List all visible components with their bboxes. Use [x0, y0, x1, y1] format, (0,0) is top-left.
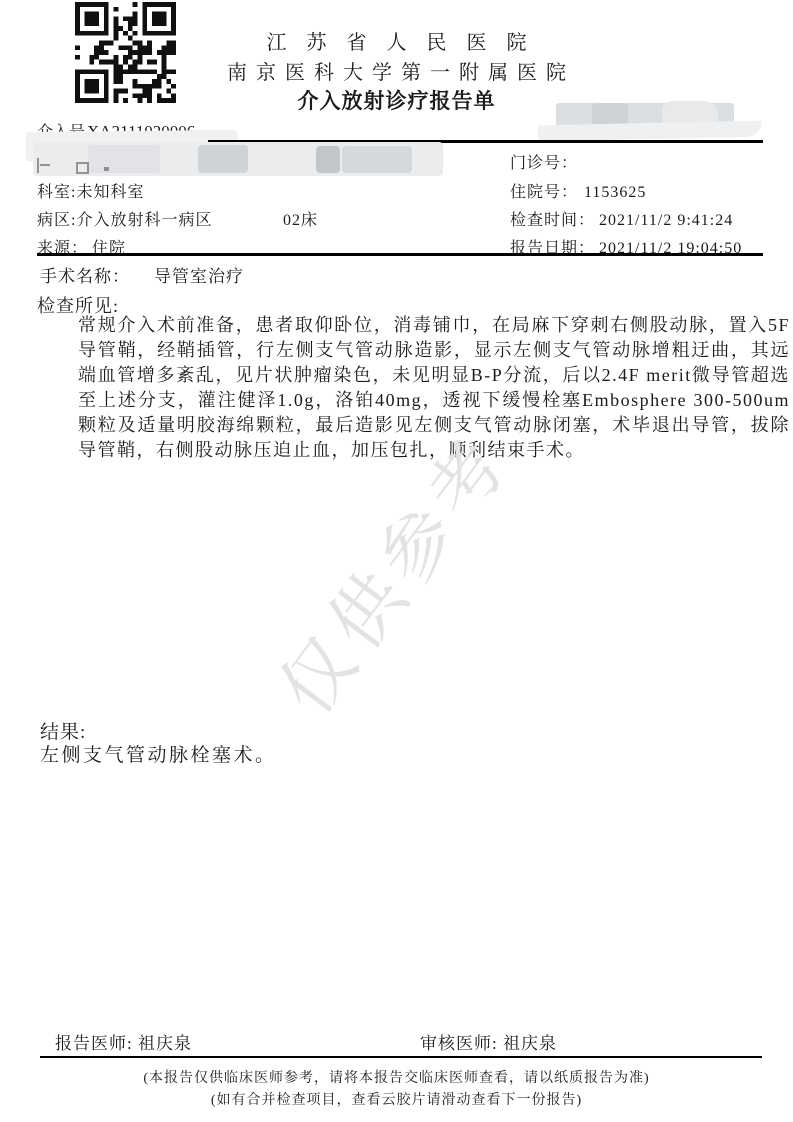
- ward-row: 病区:介入放射科一病区: [37, 207, 212, 230]
- hospital-name-line2: 南京医科大学第一附属医院: [0, 56, 793, 85]
- report-doctor-row: 报告医师: 祖庆泉: [55, 1029, 192, 1054]
- findings-text: 常规介入术前准备，患者取仰卧位，消毒铺巾，在局麻下穿刺右侧股动脉，置入5F导管鞘…: [78, 313, 790, 463]
- redaction-artifact: [37, 158, 39, 173]
- review-doctor-label: 审核医师:: [420, 1034, 498, 1053]
- redaction-artifact: [104, 167, 109, 171]
- report-page: 江苏省人民医院 南京医科大学第一附属医院 介入放射诊疗报告单 介入号XA2111…: [0, 0, 793, 1122]
- department-label: 科室:: [37, 184, 76, 201]
- footer-note-1: (本报告仅供临床医师参考，请将本报告交临床医师查看，请以纸质报告为准): [0, 1067, 793, 1087]
- footer-rule-line: [40, 1056, 762, 1058]
- report-doctor-label: 报告医师:: [55, 1034, 133, 1053]
- report-doctor-name: 祖庆泉: [138, 1034, 192, 1053]
- redaction-smudge: [342, 146, 412, 173]
- outpatient-no-label: 门诊号：: [510, 155, 578, 172]
- department-value: 未知科室: [76, 184, 144, 201]
- department-row: 科室:未知科室: [37, 179, 144, 202]
- inpatient-no-value: 1153625: [584, 184, 646, 201]
- ward-label: 病区:: [37, 212, 76, 229]
- review-doctor-name: 祖庆泉: [503, 1034, 557, 1053]
- redaction-artifact: [76, 162, 89, 174]
- bed-number: 02床: [283, 207, 318, 230]
- outpatient-no-row: 门诊号：: [510, 150, 578, 173]
- hospital-name-line1: 江苏省人民医院: [0, 26, 793, 55]
- section-rule-line: [37, 253, 763, 256]
- exam-time-row: 检查时间：2021/11/2 9:41:24: [510, 207, 733, 230]
- review-doctor-row: 审核医师: 祖庆泉: [420, 1029, 557, 1054]
- result-text: 左侧支气管动脉栓塞术。: [40, 740, 277, 767]
- surgery-name-row: 手术名称：导管室治疗: [40, 262, 244, 287]
- exam-time-label: 检查时间：: [510, 212, 595, 229]
- surgery-name-value: 导管室治疗: [154, 267, 244, 286]
- surgery-name-label: 手术名称：: [40, 267, 130, 286]
- redaction-smudge: [198, 145, 248, 173]
- ward-value: 介入放射科一病区: [76, 212, 212, 229]
- inpatient-no-row: 住院号：1153625: [510, 179, 646, 202]
- inpatient-no-label: 住院号：: [510, 184, 578, 201]
- redaction-artifact: [40, 164, 50, 166]
- footer-note-2: (如有合并检查项目，查看云胶片请滑动查看下一份报告): [0, 1089, 793, 1109]
- redaction-smudge: [538, 121, 762, 142]
- redaction-smudge: [316, 146, 340, 173]
- exam-time-value: 2021/11/2 9:41:24: [599, 212, 733, 229]
- redaction-smudge: [88, 145, 160, 173]
